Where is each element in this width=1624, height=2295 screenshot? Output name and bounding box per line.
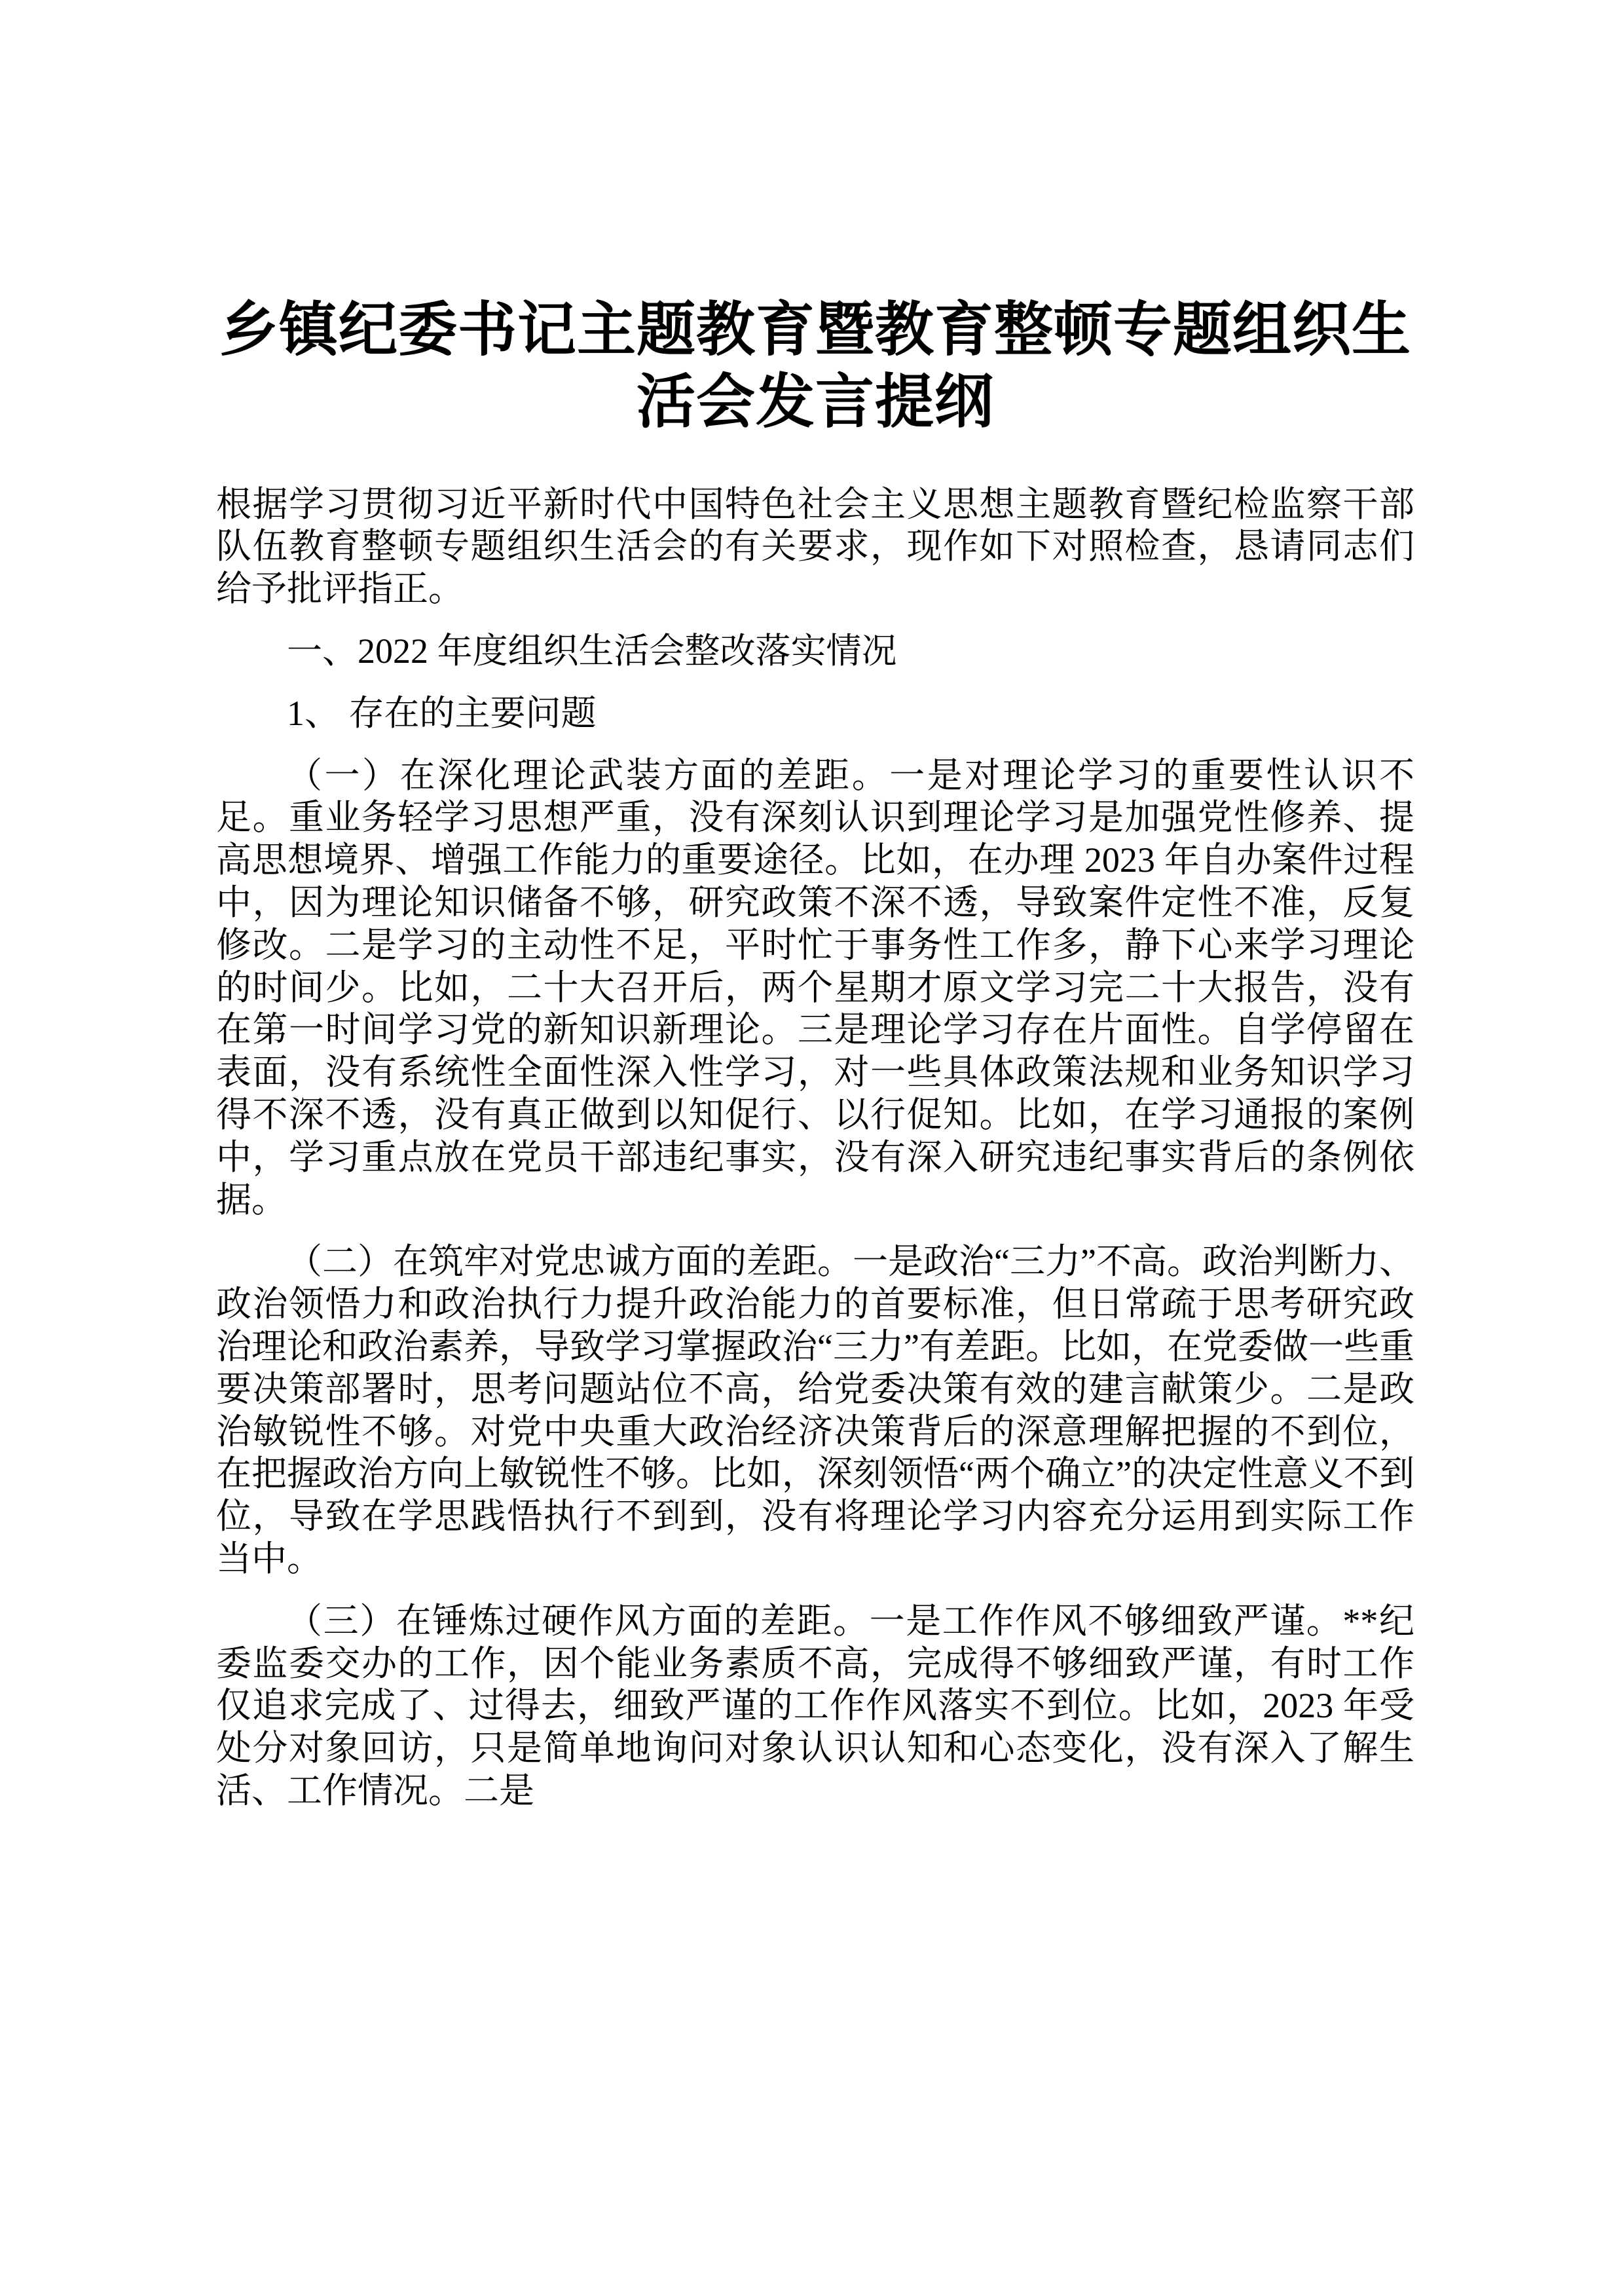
page-title: 乡镇纪委书记主题教育暨教育整顿专题组织生活会发言提纲 — [216, 295, 1414, 439]
intro-paragraph: 根据学习贯彻习近平新时代中国特色社会主义思想主题教育暨纪检监察干部队伍教育整顿专… — [216, 483, 1414, 610]
body-paragraph-2: （二）在筑牢对党忠诚方面的差距。一是政治“三力”不高。政治判断力、政治领悟力和政… — [216, 1241, 1414, 1580]
body-paragraph-1: （一）在深化理论武装方面的差距。一是对理论学习的重要性认识不足。重业务轻学习思想… — [216, 755, 1414, 1222]
subsection-heading-1: 1、 存在的主要问题 — [216, 692, 1414, 735]
body-paragraph-3: （三）在锤炼过硬作风方面的差距。一是工作作风不够细致严谨。**纪委监委交办的工作… — [216, 1600, 1414, 1812]
document-page: 乡镇纪委书记主题教育暨教育整顿专题组织生活会发言提纲 根据学习贯彻习近平新时代中… — [0, 0, 1624, 2295]
section-heading-1: 一、2022 年度组织生活会整改落实情况 — [216, 630, 1414, 673]
